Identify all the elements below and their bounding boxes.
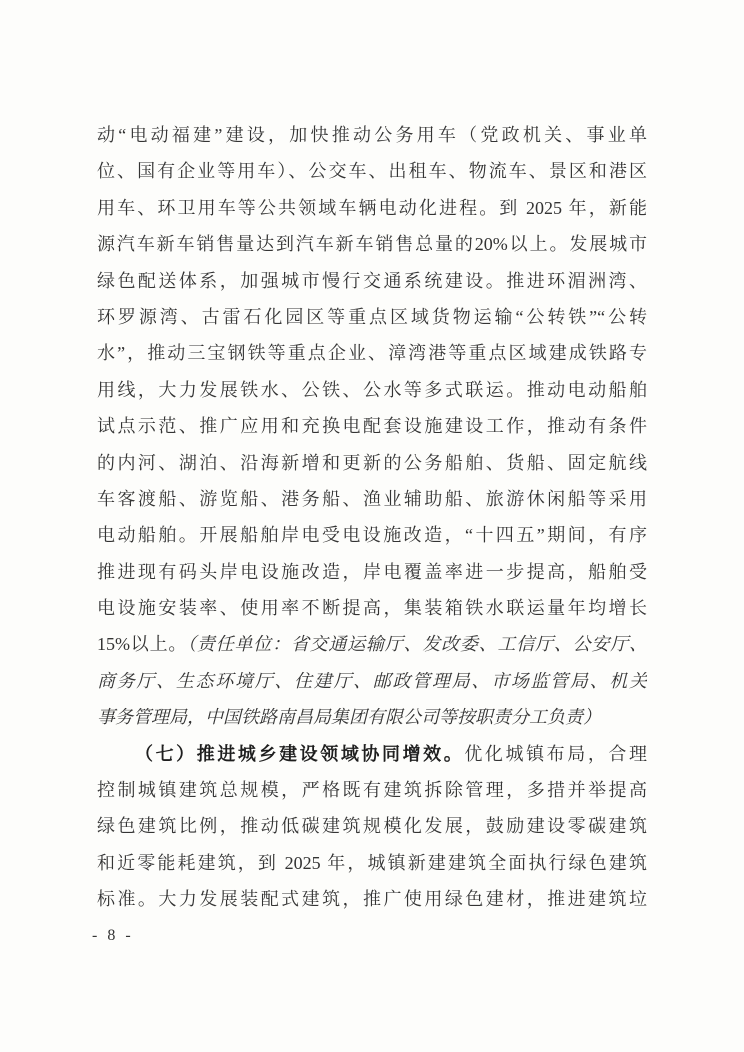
text-segment: 环罗源湾、古雷石化园区等重点区域货物运输“公转铁”“公转 (97, 307, 647, 327)
text-segment: 位、国有企业等用车）、公交车、出租车、物流车、景区和港区 (97, 161, 647, 181)
text-segment: 标准。大力发展装配式建筑，推广使用绿色建材，推进建筑垃 (97, 889, 647, 909)
text-line: 绿色配送体系，加强城市慢行交通系统建设。推进环湄洲湾、 (97, 263, 647, 299)
text-line: （七）推进城乡建设领域协同增效。优化城镇布局，合理 (97, 736, 647, 772)
text-segment: 用线，大力发展铁水、公铁、公水等多式联运。推动电动船舶 (97, 380, 647, 400)
text-segment: 商务厅、生态环境厅、住建厅、邮政管理局、市场监管局、机关 (97, 671, 647, 691)
text-line: 用车、环卫用车等公共领域车辆电动化进程。到 2025 年，新能 (97, 190, 647, 226)
text-line: 水”，推动三宝钢铁等重点企业、漳湾港等重点区域建成铁路专 (97, 335, 647, 371)
text-line: 电设施安装率、使用率不断提高，集装箱铁水联运量年均增长 (97, 590, 647, 626)
text-segment: 源汽车新车销售量达到汽车新车销售总量的20%以上。发展城市 (97, 234, 647, 254)
document-page: 动“电动福建”建设，加快推动公务用车（党政机关、事业单位、国有企业等用车）、公交… (0, 0, 744, 1052)
text-line: 推进现有码头岸电设施改造，岸电覆盖率进一步提高，船舶受 (97, 554, 647, 590)
text-line: 商务厅、生态环境厅、住建厅、邮政管理局、市场监管局、机关 (97, 663, 647, 699)
page-number: - 8 - (92, 924, 134, 948)
text-segment: 水”，推动三宝钢铁等重点企业、漳湾港等重点区域建成铁路专 (97, 343, 647, 363)
text-segment: 绿色建筑比例，推动低碳建筑规模化发展，鼓励建设零碳建筑 (97, 816, 647, 836)
text-segment: 控制城镇建筑总规模，严格既有建筑拆除管理，多措并举提高 (97, 780, 647, 800)
document-body: 动“电动福建”建设，加快推动公务用车（党政机关、事业单位、国有企业等用车）、公交… (97, 117, 647, 918)
text-segment: 优化城镇布局，合理 (464, 744, 647, 764)
text-segment: 绿色配送体系，加强城市慢行交通系统建设。推进环湄洲湾、 (97, 271, 647, 291)
text-segment: 电动船舶。开展船舶岸电受电设施改造，“十四五”期间，有序 (97, 525, 647, 545)
text-line: 和近零能耗建筑，到 2025 年，城镇新建建筑全面执行绿色建筑 (97, 845, 647, 881)
text-line: 15%以上。（责任单位：省交通运输厅、发改委、工信厅、公安厅、 (97, 626, 647, 662)
text-line: 绿色建筑比例，推动低碳建筑规模化发展，鼓励建设零碳建筑 (97, 808, 647, 844)
text-segment: 15%以上。 (97, 634, 187, 654)
text-segment: 的内河、湖泊、沿海新增和更新的公务船舶、货船、固定航线 (97, 453, 647, 473)
text-segment: 推进现有码头岸电设施改造，岸电覆盖率进一步提高，船舶受 (97, 562, 647, 582)
text-line: 控制城镇建筑总规模，严格既有建筑拆除管理，多措并举提高 (97, 772, 647, 808)
text-segment: 用车、环卫用车等公共领域车辆电动化进程。到 2025 年，新能 (97, 198, 647, 218)
text-segment: 动“电动福建”建设，加快推动公务用车（党政机关、事业单 (97, 125, 647, 145)
text-segment: 事务管理局，中国铁路南昌局集团有限公司等按职责分工负责） (97, 707, 601, 727)
text-line: 动“电动福建”建设，加快推动公务用车（党政机关、事业单 (97, 117, 647, 153)
text-segment: （责任单位：省交通运输厅、发改委、工信厅、公安厅、 (187, 634, 647, 654)
text-line: 的内河、湖泊、沿海新增和更新的公务船舶、货船、固定航线 (97, 445, 647, 481)
text-segment: 电设施安装率、使用率不断提高，集装箱铁水联运量年均增长 (97, 598, 647, 618)
text-line: 位、国有企业等用车）、公交车、出租车、物流车、景区和港区 (97, 153, 647, 189)
text-line: 车客渡船、游览船、港务船、渔业辅助船、旅游休闲船等采用 (97, 481, 647, 517)
section-heading: （七）推进城乡建设领域协同增效。 (135, 744, 464, 764)
text-segment: 试点示范、推广应用和充换电配套设施建设工作，推动有条件 (97, 416, 647, 436)
text-line: 事务管理局，中国铁路南昌局集团有限公司等按职责分工负责） (97, 699, 647, 735)
text-segment: 车客渡船、游览船、港务船、渔业辅助船、旅游休闲船等采用 (97, 489, 647, 509)
text-line: 标准。大力发展装配式建筑，推广使用绿色建材，推进建筑垃 (97, 881, 647, 917)
text-line: 试点示范、推广应用和充换电配套设施建设工作，推动有条件 (97, 408, 647, 444)
text-line: 用线，大力发展铁水、公铁、公水等多式联运。推动电动船舶 (97, 372, 647, 408)
text-segment: 和近零能耗建筑，到 2025 年，城镇新建建筑全面执行绿色建筑 (97, 853, 647, 873)
text-line: 环罗源湾、古雷石化园区等重点区域货物运输“公转铁”“公转 (97, 299, 647, 335)
text-line: 源汽车新车销售量达到汽车新车销售总量的20%以上。发展城市 (97, 226, 647, 262)
text-line: 电动船舶。开展船舶岸电受电设施改造，“十四五”期间，有序 (97, 517, 647, 553)
